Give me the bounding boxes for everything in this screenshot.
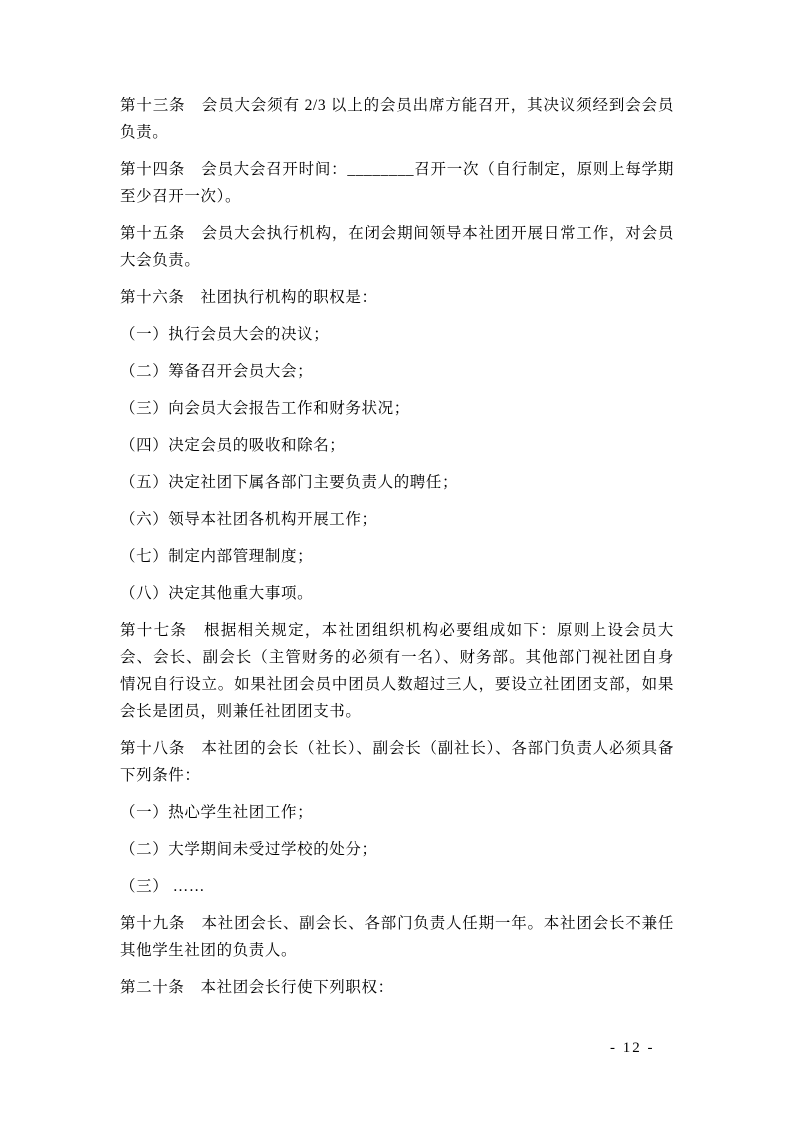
paragraph-item-18-1: （一）热心学生社团工作； xyxy=(120,799,674,826)
paragraph-item-16-4: （四）决定会员的吸收和除名； xyxy=(120,432,674,459)
paragraph-item-18-3: （三） …… xyxy=(120,873,674,900)
paragraph-article-14: 第十四条 会员大会召开时间：________召开一次（自行制定，原则上每学期至少… xyxy=(120,156,674,210)
paragraph-item-16-8: （八）决定其他重大事项。 xyxy=(120,580,674,607)
document-page: 第十三条 会员大会须有 2/3 以上的会员出席方能召开，其决议须经到会会员负责。… xyxy=(0,0,793,1122)
paragraph-item-16-1: （一）执行会员大会的决议； xyxy=(120,321,674,348)
paragraph-item-16-2: （二）筹备召开会员大会； xyxy=(120,358,674,385)
paragraph-article-15: 第十五条 会员大会执行机构，在闭会期间领导本社团开展日常工作，对会员大会负责。 xyxy=(120,220,674,274)
paragraph-article-20: 第二十条 本社团会长行使下列职权： xyxy=(120,974,674,1001)
paragraph-article-13: 第十三条 会员大会须有 2/3 以上的会员出席方能召开，其决议须经到会会员负责。 xyxy=(120,92,674,146)
paragraph-article-16: 第十六条 社团执行机构的职权是： xyxy=(120,284,674,311)
paragraph-item-16-5: （五）决定社团下属各部门主要负责人的聘任； xyxy=(120,469,674,496)
paragraph-item-18-2: （二）大学期间未受过学校的处分； xyxy=(120,836,674,863)
page-number: - 12 - xyxy=(610,1040,690,1057)
paragraph-article-18: 第十八条 本社团的会长（社长）、副会长（副社长）、各部门负责人必须具备下列条件： xyxy=(120,735,674,789)
document-body: 第十三条 会员大会须有 2/3 以上的会员出席方能召开，其决议须经到会会员负责。… xyxy=(120,92,674,1011)
paragraph-article-19: 第十九条 本社团会长、副会长、各部门负责人任期一年。本社团会长不兼任其他学生社团… xyxy=(120,910,674,964)
paragraph-item-16-7: （七）制定内部管理制度； xyxy=(120,543,674,570)
paragraph-article-17: 第十七条 根据相关规定，本社团组织机构必要组成如下：原则上设会员大会、会长、副会… xyxy=(120,617,674,725)
paragraph-item-16-6: （六）领导本社团各机构开展工作； xyxy=(120,506,674,533)
paragraph-item-16-3: （三）向会员大会报告工作和财务状况； xyxy=(120,395,674,422)
